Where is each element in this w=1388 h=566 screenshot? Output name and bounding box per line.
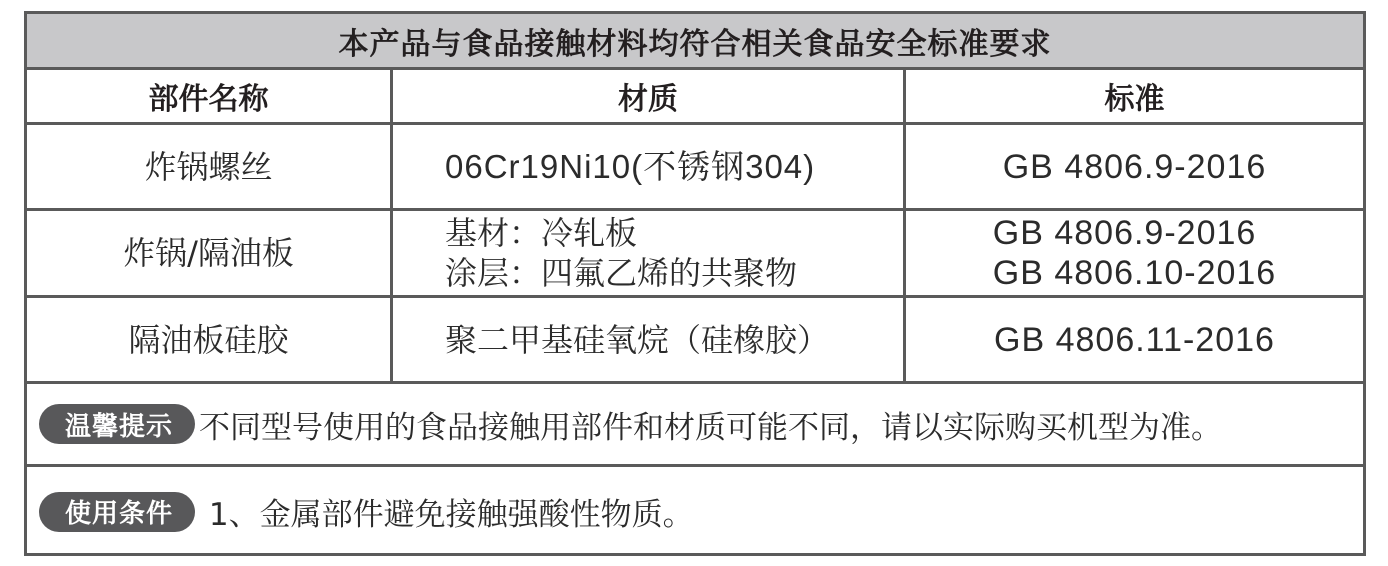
usage-conditions-text: 1、金属部件避免接触强酸性物质。: [199, 489, 694, 534]
header-part-name: 部件名称: [27, 70, 393, 122]
standard-cell: GB 4806.9-2016 GB 4806.10-2016: [906, 211, 1363, 295]
material-cell: 聚二甲基硅氧烷（硅橡胶）: [393, 298, 906, 381]
table-row: 炸锅/隔油板 基材：冷轧板 涂层：四氟乙烯的共聚物 GB 4806.9-2016…: [27, 211, 1363, 298]
header-standard: 标准: [906, 70, 1363, 122]
material-cell: 基材：冷轧板 涂层：四氟乙烯的共聚物: [393, 211, 906, 295]
material-line: 06Cr19Ni10(不锈钢304): [445, 147, 815, 187]
standard-line: GB 4806.10-2016: [993, 253, 1276, 293]
part-name-cell: 炸锅/隔油板: [27, 211, 393, 295]
material-line: 聚二甲基硅氧烷（硅橡胶）: [445, 320, 829, 360]
table-title: 本产品与食品接触材料均符合相关食品安全标准要求: [27, 14, 1363, 70]
tip-badge: 温馨提示: [39, 404, 195, 444]
header-material: 材质: [393, 70, 906, 122]
tip-row: 温馨提示 不同型号使用的食品接触用部件和材质可能不同，请以实际购买机型为准。: [27, 384, 1363, 467]
standard-line: GB 4806.11-2016: [994, 320, 1275, 360]
usage-conditions-row: 使用条件 1、金属部件避免接触强酸性物质。: [27, 470, 1363, 553]
material-line-base: 基材：冷轧板: [445, 213, 797, 253]
standard-line: GB 4806.9-2016: [993, 213, 1257, 253]
material-cell: 06Cr19Ni10(不锈钢304): [393, 125, 906, 208]
table-header-row: 部件名称 材质 标准: [27, 70, 1363, 125]
standard-cell: GB 4806.11-2016: [906, 298, 1363, 381]
usage-conditions-badge: 使用条件: [39, 492, 195, 532]
material-line-coating: 涂层：四氟乙烯的共聚物: [445, 253, 797, 293]
standard-cell: GB 4806.9-2016: [906, 125, 1363, 208]
standard-line: GB 4806.9-2016: [1003, 147, 1267, 187]
part-name-cell: 炸锅螺丝: [27, 125, 393, 208]
table-row: 隔油板硅胶 聚二甲基硅氧烷（硅橡胶） GB 4806.11-2016: [27, 298, 1363, 384]
part-name-cell: 隔油板硅胶: [27, 298, 393, 381]
table-row: 炸锅螺丝 06Cr19Ni10(不锈钢304) GB 4806.9-2016: [27, 125, 1363, 211]
food-contact-materials-table: 本产品与食品接触材料均符合相关食品安全标准要求 部件名称 材质 标准 炸锅螺丝 …: [24, 11, 1366, 556]
tip-text: 不同型号使用的食品接触用部件和材质可能不同，请以实际购买机型为准。: [199, 402, 1222, 447]
